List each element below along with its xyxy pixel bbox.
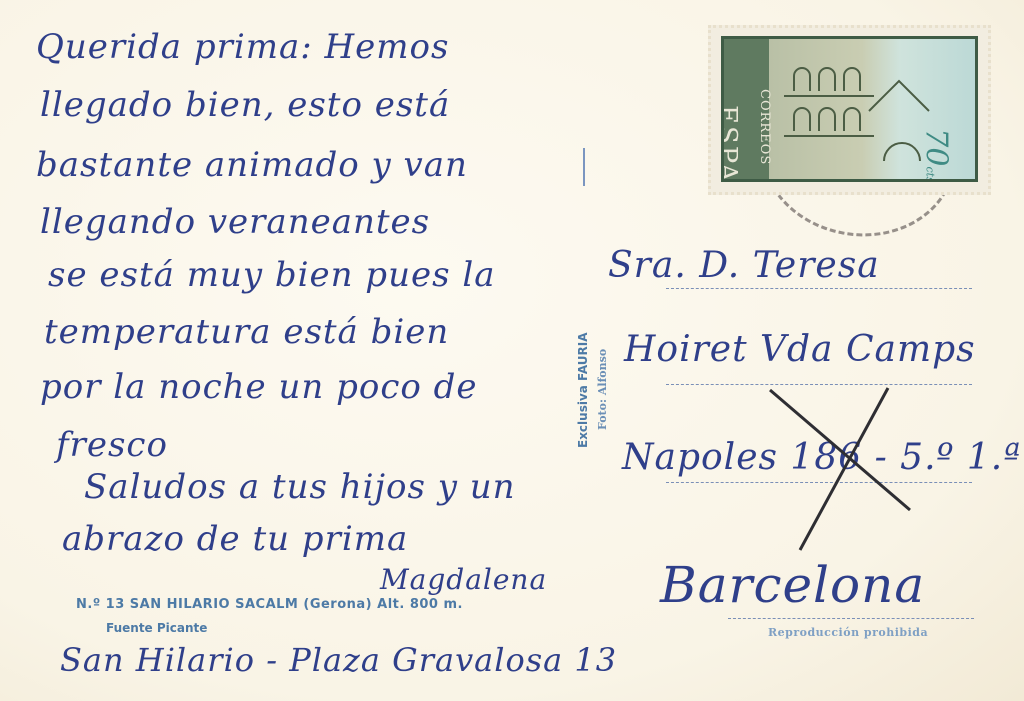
- message-line-9: Saludos a tus hijos y un: [84, 470, 516, 504]
- photo-credit: Foto: Alfonso: [596, 349, 609, 430]
- postage-stamp: ESPAÑA CORREOS 70cts: [708, 25, 991, 195]
- message-line-4: llegando veraneantes: [40, 205, 430, 239]
- stamp-value-unit: cts: [923, 166, 936, 182]
- address-rule-1: [666, 288, 972, 289]
- message-line-7: por la noche un poco de: [40, 370, 478, 404]
- stamp-label: CORREOS: [757, 89, 772, 165]
- stamp-image: ESPAÑA CORREOS 70cts: [721, 36, 978, 182]
- reproduction-notice: Reproducción prohibida: [768, 626, 928, 639]
- stamp-value-number: 70: [918, 128, 953, 166]
- stamp-value: 70cts: [918, 128, 953, 182]
- stamp-country: ESPAÑA: [721, 105, 742, 182]
- address-line-1: Sra. D. Teresa: [608, 248, 880, 284]
- postcard-subcaption: Fuente Picante: [106, 621, 207, 635]
- cross-mark: [760, 380, 920, 560]
- message-line-1: Querida prima: Hemos: [36, 30, 449, 64]
- message-line-8: fresco: [56, 428, 168, 462]
- postcard-back: Querida prima: Hemos llegado bien, esto …: [0, 0, 1024, 701]
- address-line-2: Hoiret Vda Camps: [624, 332, 976, 368]
- postcard-caption: N.º 13 SAN HILARIO SACALM (Gerona) Alt. …: [76, 597, 463, 612]
- address-line-4: Barcelona: [660, 560, 925, 610]
- publisher-credit: Exclusiva FAURIA: [576, 332, 590, 448]
- message-line-6: temperatura está bien: [44, 315, 449, 349]
- message-line-5: se está muy bien pues la: [48, 258, 496, 292]
- message-line-10: abrazo de tu prima: [62, 522, 408, 556]
- monastery-illustration: [784, 51, 934, 171]
- vertical-divider: [583, 148, 585, 186]
- message-line-3: bastante animado y van: [36, 148, 468, 182]
- message-line-2: llegado bien, esto está: [40, 88, 450, 122]
- signature: Magdalena: [380, 566, 547, 594]
- sender-address: San Hilario - Plaza Gravalosa 13: [60, 644, 617, 676]
- address-rule-4: [728, 618, 974, 619]
